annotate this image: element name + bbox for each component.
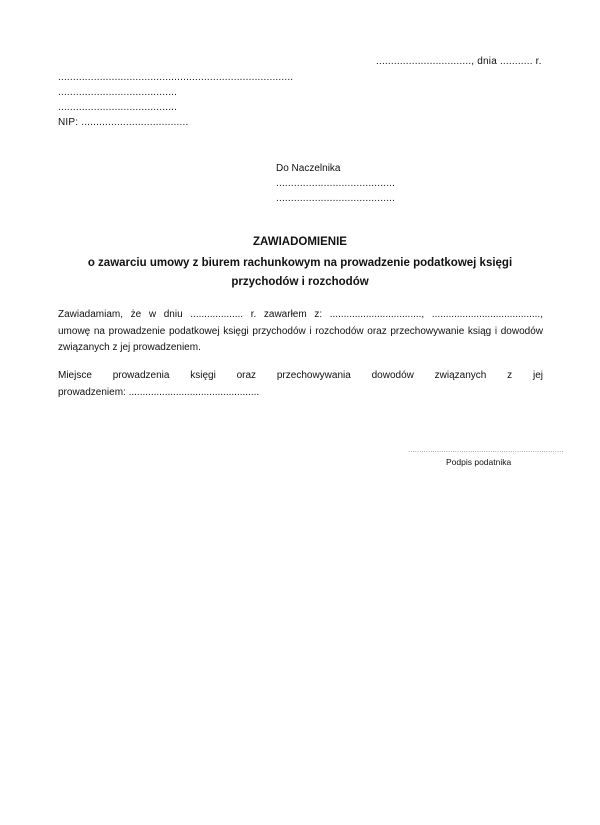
recipient-line: ........................................ [276,178,395,189]
document-subtitle: przychodów i rozchodów [0,276,600,288]
signature-label: Podpis podatnika [446,457,511,467]
paragraph-line: prowadzeniem: ..........................… [58,385,543,402]
bookkeeping-location-paragraph: Miejsce prowadzenia księgi oraz przechow… [58,368,543,401]
signature-line: ........................................… [408,445,564,454]
sender-name-line: ........................................… [58,72,293,83]
document-title: ZAWIADOMIENIE [0,236,600,248]
sender-nip-field: NIP: ...................................… [58,117,188,128]
paragraph-line: umowę na prowadzenie podatkowej księgi p… [58,324,543,341]
document-subtitle: o zawarciu umowy z biurem rachunkowym na… [0,257,600,269]
place-and-date-field: ................................, dnia .… [376,56,542,67]
paragraph-line: Zawiadamiam, że w dniu .................… [58,307,543,324]
sender-address-line: ........................................ [58,87,177,98]
recipient-title: Do Naczelnika [276,163,340,174]
paragraph-line: Miejsce prowadzenia księgi oraz przechow… [58,368,543,385]
notification-paragraph: Zawiadamiam, że w dniu .................… [58,307,543,357]
paragraph-line: związanych z jej prowadzeniem. [58,340,543,357]
sender-city-line: ........................................ [58,102,177,113]
recipient-line: ........................................ [276,193,395,204]
